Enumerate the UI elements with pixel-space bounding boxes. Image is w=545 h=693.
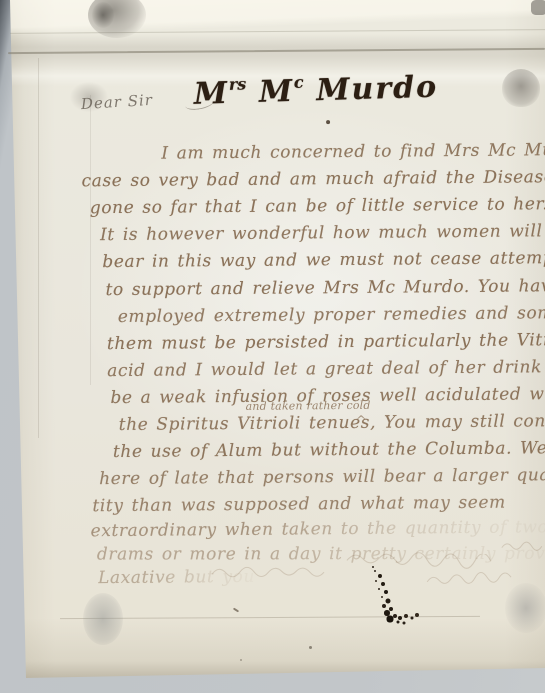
salutation: Dear Sir <box>80 91 153 113</box>
manuscript-line: here of late that persons will bear a la… <box>99 465 545 489</box>
title-surname: Murdo <box>303 70 438 109</box>
manuscript-text-layer: Dear Sir Mrs Mc Murdo I am much concerne… <box>0 0 545 693</box>
manuscript-line: the Spiritus Vitrioli tenues, You may st… <box>119 411 545 435</box>
manuscript-line: extraordinary when taken to the quantity… <box>91 517 545 541</box>
manuscript-line: gone so far that I can be of little serv… <box>90 194 545 218</box>
manuscript-line: acid and I would let a great deal of her… <box>107 357 542 381</box>
manuscript-line: them must be persisted in particularly t… <box>107 330 545 354</box>
illegible-scribble-1 <box>210 564 330 579</box>
illegible-scribble-2 <box>345 550 495 570</box>
letter-title: Mrs Mc Murdo <box>193 70 438 112</box>
interlinear-insertion: and taken rather cold <box>245 399 370 413</box>
scan-backdrop: Dear Sir Mrs Mc Murdo I am much concerne… <box>0 0 545 693</box>
manuscript-line: employed extremely proper remedies and s… <box>118 303 545 327</box>
illegible-scribble-3 <box>425 570 520 587</box>
insertion-caret: ^ <box>356 414 367 429</box>
manuscript-line: the use of Alum but without the Columba.… <box>113 438 545 462</box>
title-ink-dot <box>326 120 330 124</box>
title-m2: M <box>246 74 295 110</box>
title-superscript-rs: rs <box>229 74 247 94</box>
manuscript-line: to support and relieve Mrs Mc Murdo. You… <box>105 276 545 300</box>
title-m1: M <box>193 76 229 112</box>
manuscript-line: bear in this way and we must not cease a… <box>102 248 545 272</box>
manuscript-line: tity than was supposed and what may seem <box>92 493 506 517</box>
title-superscript-c: c <box>294 73 304 92</box>
manuscript-line: It is however wonderful how much women w… <box>100 221 543 245</box>
manuscript-line: I am much concerned to find Mrs Mc Murdo <box>161 140 545 164</box>
illegible-scribble-4 <box>500 540 545 552</box>
manuscript-line: case so very bad and am much afraid the … <box>81 167 545 191</box>
